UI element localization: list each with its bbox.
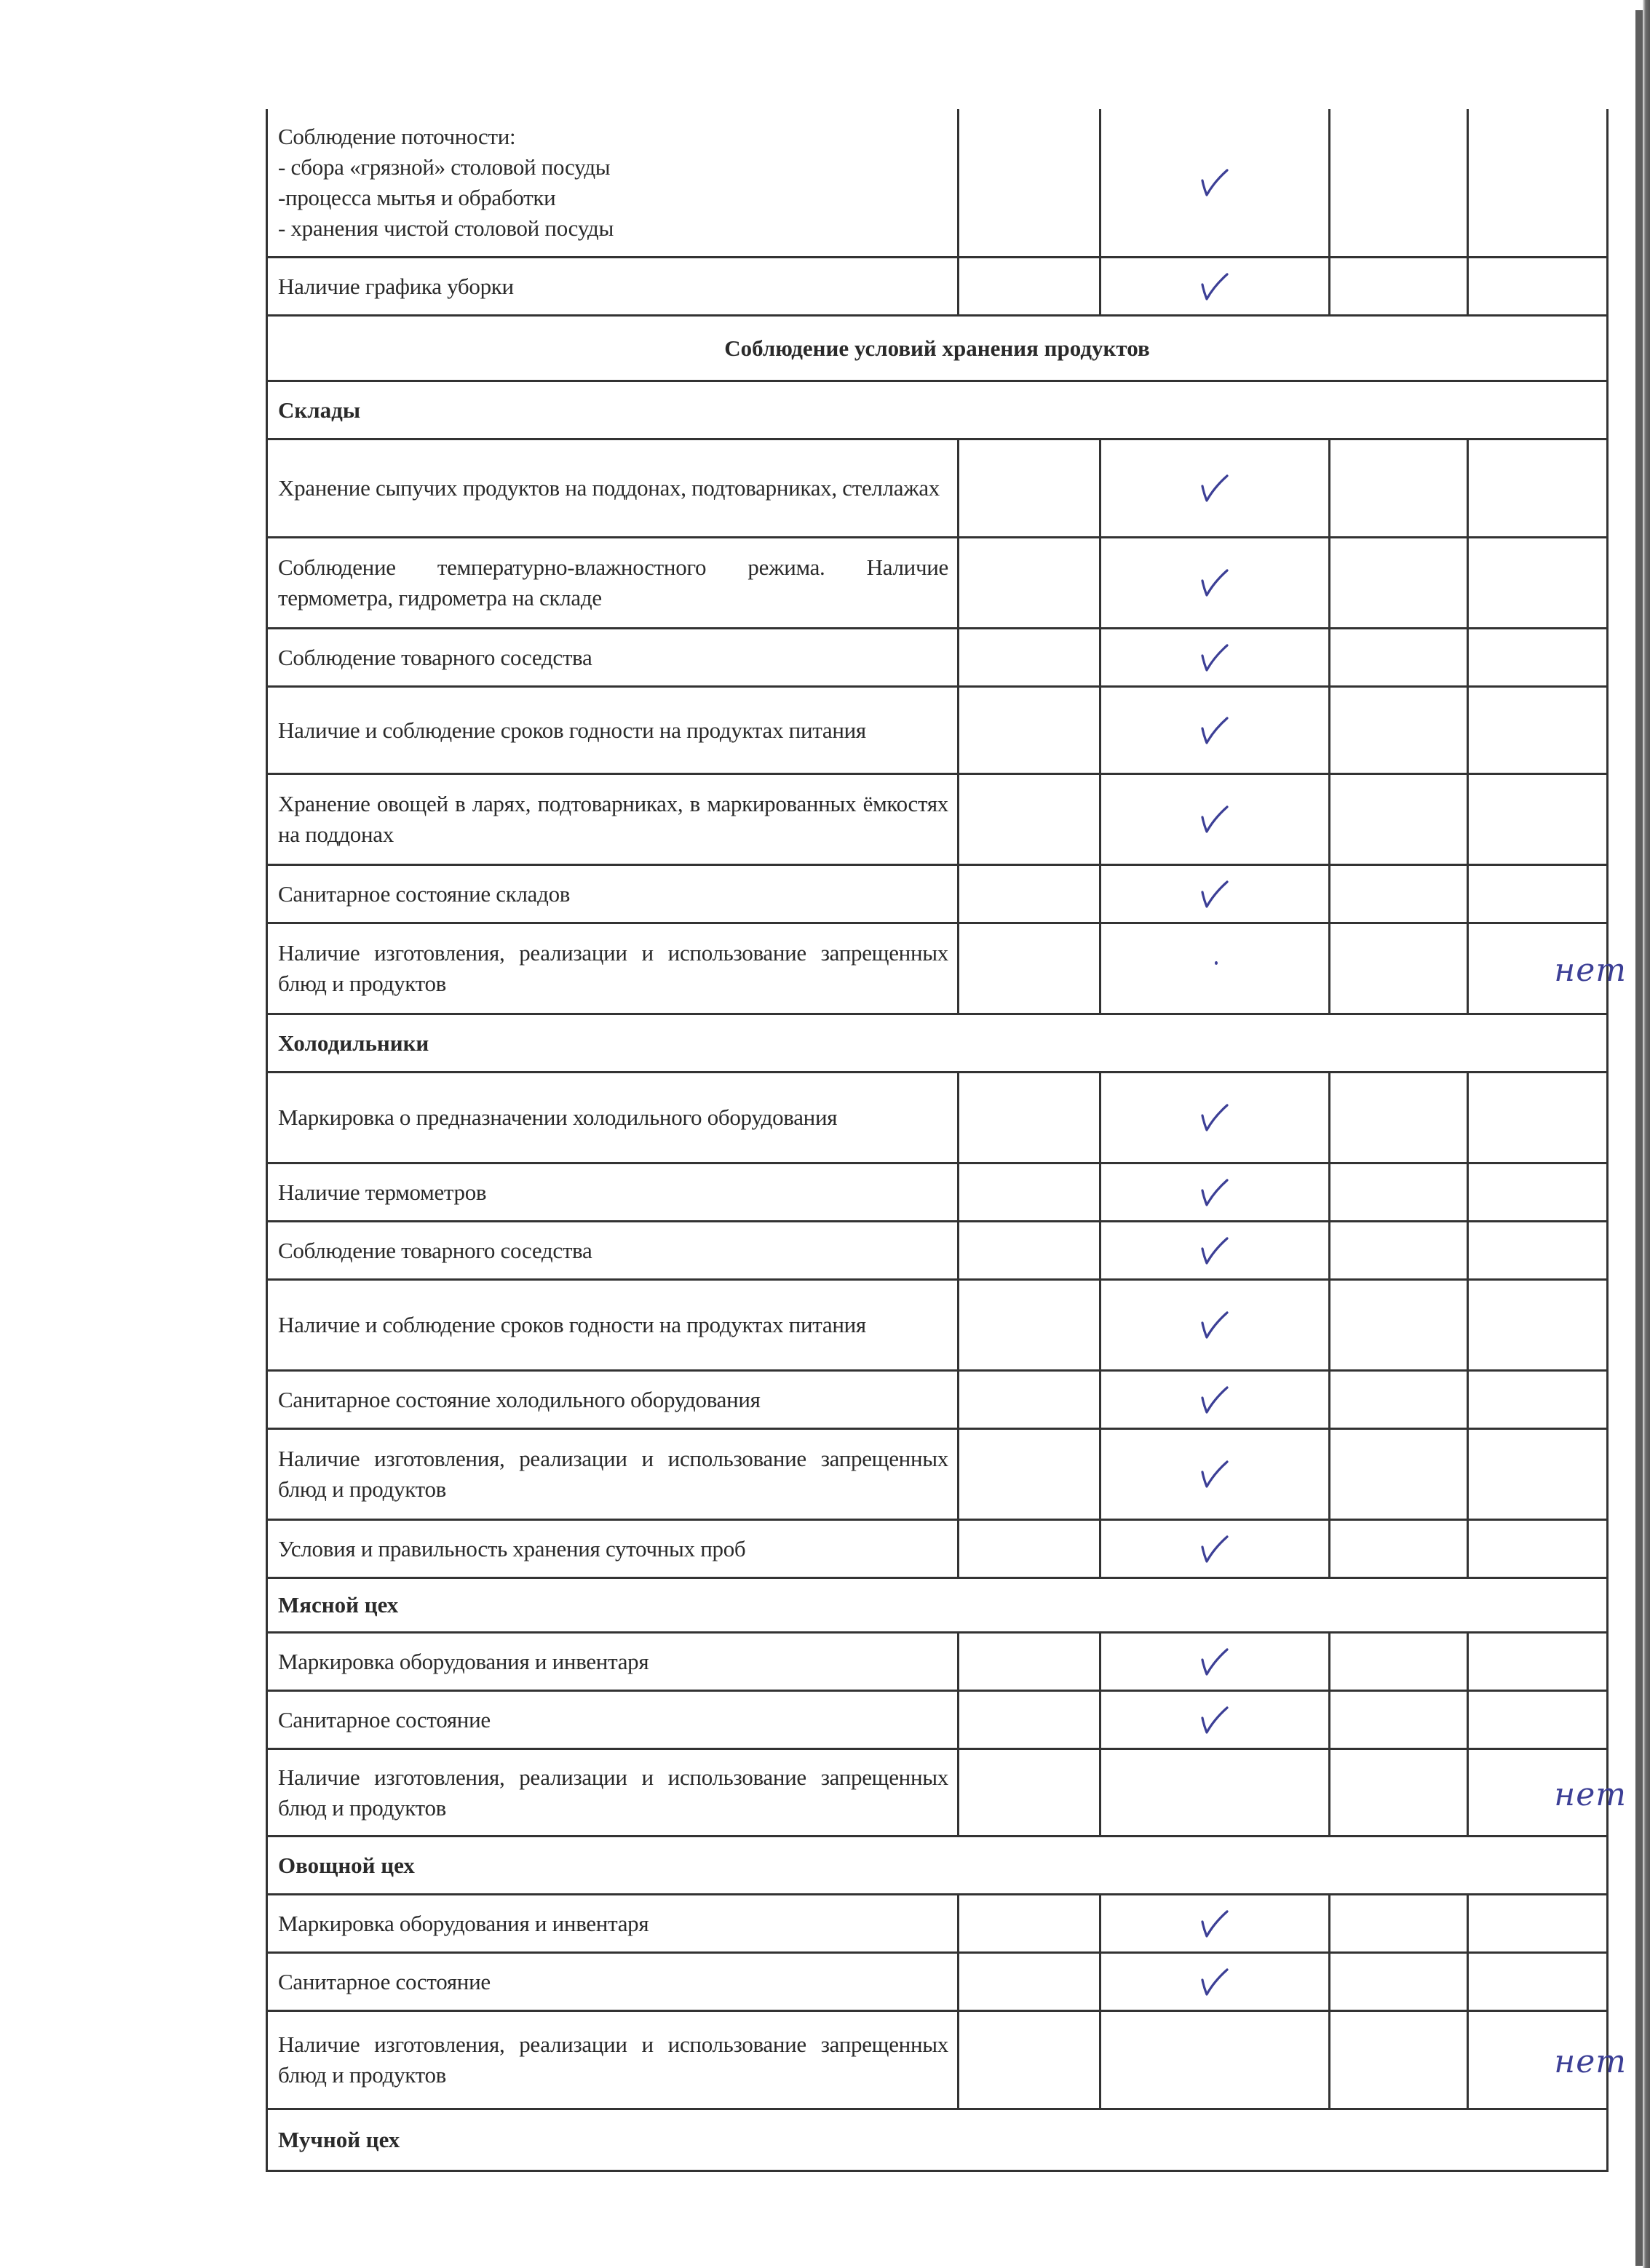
criterion-label: Соблюдение товарного соседства (278, 642, 948, 673)
assessment-cell-1[interactable] (957, 1895, 1099, 1951)
checklist-row: Наличие и соблюдение сроков годности на … (266, 688, 1609, 775)
assessment-cell-2[interactable] (1099, 1692, 1328, 1748)
assessment-cell-2[interactable] (1099, 440, 1328, 536)
handwritten-check (1198, 166, 1231, 199)
checkmark-icon (1198, 566, 1231, 600)
checkmark-icon (1198, 1101, 1231, 1134)
checkmark-icon (1198, 641, 1231, 675)
assessment-cell-3[interactable] (1328, 1634, 1467, 1690)
checklist-row: Маркировка о предназначении холодильного… (266, 1073, 1609, 1164)
handwritten-check (1198, 1383, 1231, 1417)
assessment-cell-1[interactable] (957, 109, 1099, 256)
group-header-row: Холодильники (266, 1015, 1609, 1073)
assessment-cell-2[interactable] (1099, 924, 1328, 1013)
handwritten-check (1198, 1703, 1231, 1737)
criterion-cell: Наличие термометров (266, 1164, 957, 1220)
checkmark-icon (1198, 471, 1231, 505)
criterion-cell: Наличие и соблюдение сроков годности на … (266, 1281, 957, 1369)
criterion-cell: Маркировка о предназначении холодильного… (266, 1073, 957, 1162)
assessment-cell-4[interactable] (1467, 629, 1609, 685)
handwritten-check (1198, 1532, 1231, 1566)
handwritten-check (1198, 1457, 1231, 1491)
checkmark-icon (1198, 1703, 1231, 1737)
criterion-label: Санитарное состояние холодильного оборуд… (278, 1385, 948, 1415)
assessment-cell-2[interactable] (1099, 1073, 1328, 1162)
assessment-cell-1[interactable] (957, 1692, 1099, 1748)
criterion-label: Маркировка о предназначении холодильного… (278, 1102, 948, 1133)
criterion-label: Наличие изготовления, реализации и испол… (278, 2029, 948, 2090)
criterion-cell: Санитарное состояние (266, 1954, 957, 2010)
handwritten-check (1198, 1308, 1231, 1342)
section-title: Соблюдение условий хранения продуктов (268, 335, 1606, 362)
criterion-label: Хранение овощей в ларях, подтоварниках, … (278, 789, 948, 850)
assessment-cell-4[interactable] (1467, 1281, 1609, 1369)
assessment-cell-2[interactable] (1099, 1895, 1328, 1951)
criterion-cell: Хранение сыпучих продуктов на поддонах, … (266, 440, 957, 536)
assessment-cell-3[interactable] (1328, 1281, 1467, 1369)
criterion-label: Соблюдение товарного соседства (278, 1236, 948, 1266)
ink-dot (1215, 961, 1218, 965)
scan-shadow (1635, 10, 1643, 2266)
checklist-row: Наличие термометров (266, 1164, 1609, 1222)
handwritten-note: нет (1554, 2046, 1627, 2080)
criterion-label: Наличие и соблюдение сроков годности на … (278, 715, 948, 746)
assessment-cell-3[interactable] (1328, 1073, 1467, 1162)
checklist-row: Санитарное состояние (266, 1692, 1609, 1750)
handwritten-check (1198, 714, 1231, 747)
assessment-cell-2[interactable] (1099, 2012, 1328, 2108)
checklist-row: Маркировка оборудования и инвентаря (266, 1634, 1609, 1692)
criterion-label: Соблюдение поточности: - сбора «грязной»… (278, 122, 948, 244)
handwritten-check (1198, 471, 1231, 505)
assessment-cell-4[interactable] (1467, 1073, 1609, 1162)
checkmark-icon (1198, 714, 1231, 747)
assessment-cell-4[interactable] (1467, 440, 1609, 536)
assessment-cell-4[interactable]: нет (1467, 924, 1609, 1013)
header-cell: Мясной цех (266, 1579, 1609, 1631)
checklist-row: Хранение овощей в ларях, подтоварниках, … (266, 775, 1609, 866)
assessment-cell-2[interactable] (1099, 1281, 1328, 1369)
checkmark-icon (1198, 1965, 1231, 1999)
assessment-cell-4[interactable] (1467, 1430, 1609, 1519)
group-header-row: Склады (266, 382, 1609, 440)
criterion-cell: Санитарное состояние складов (266, 866, 957, 922)
assessment-cell-1[interactable] (957, 538, 1099, 627)
assessment-cell-1[interactable] (957, 924, 1099, 1013)
assessment-cell-1[interactable] (957, 629, 1099, 685)
header-cell: Склады (266, 382, 1609, 438)
assessment-cell-1[interactable] (957, 1222, 1099, 1278)
assessment-cell-3[interactable] (1328, 1895, 1467, 1951)
assessment-cell-2[interactable] (1099, 629, 1328, 685)
criterion-label: Санитарное состояние (278, 1967, 948, 1997)
criterion-label: Условия и правильность хранения суточных… (278, 1534, 948, 1564)
checkmark-icon (1198, 1907, 1231, 1941)
assessment-cell-4[interactable] (1467, 1222, 1609, 1278)
checklist-row: Наличие изготовления, реализации и испол… (266, 1430, 1609, 1521)
handwritten-check (1198, 270, 1231, 303)
checklist-row: Наличие изготовления, реализации и испол… (266, 1750, 1609, 1837)
criterion-cell: Наличие изготовления, реализации и испол… (266, 1430, 957, 1519)
criterion-label: Санитарное состояние (278, 1705, 948, 1735)
criterion-cell: Санитарное состояние (266, 1692, 957, 1748)
assessment-cell-2[interactable] (1099, 1521, 1328, 1577)
group-header-row: Мучной цех (266, 2110, 1609, 2172)
checkmark-icon (1198, 1383, 1231, 1417)
checkmark-icon (1198, 270, 1231, 303)
header-cell: Соблюдение условий хранения продуктов (266, 317, 1609, 380)
checklist-row: Маркировка оборудования и инвентаря (266, 1895, 1609, 1954)
handwritten-check (1198, 641, 1231, 675)
criterion-cell: Маркировка оборудования и инвентаря (266, 1634, 957, 1690)
criterion-cell: Хранение овощей в ларях, подтоварниках, … (266, 775, 957, 864)
group-title: Мучной цех (278, 2127, 400, 2153)
header-cell: Овощной цех (266, 1837, 1609, 1893)
handwritten-check (1198, 803, 1231, 836)
criterion-label: Наличие изготовления, реализации и испол… (278, 938, 948, 999)
assessment-cell-4[interactable] (1467, 688, 1609, 773)
assessment-cell-2[interactable] (1099, 538, 1328, 627)
assessment-cell-3[interactable] (1328, 2012, 1467, 2108)
checkmark-icon (1198, 1645, 1231, 1679)
checklist-row: Хранение сыпучих продуктов на поддонах, … (266, 440, 1609, 538)
handwritten-check (1198, 1234, 1231, 1268)
assessment-cell-4[interactable] (1467, 1164, 1609, 1220)
criterion-cell: Условия и правильность хранения суточных… (266, 1521, 957, 1577)
assessment-cell-3[interactable] (1328, 924, 1467, 1013)
criterion-cell: Санитарное состояние холодильного оборуд… (266, 1372, 957, 1428)
checklist-row: Санитарное состояние холодильного оборуд… (266, 1372, 1609, 1430)
assessment-cell-3[interactable] (1328, 258, 1467, 314)
checkmark-icon (1198, 1532, 1231, 1566)
group-title: Мясной цех (278, 1592, 398, 1618)
section-header-row: Соблюдение условий хранения продуктов (266, 317, 1609, 382)
handwritten-note: нет (1554, 955, 1627, 989)
assessment-cell-2[interactable] (1099, 109, 1328, 256)
assessment-cell-3[interactable] (1328, 688, 1467, 773)
assessment-cell-2[interactable] (1099, 775, 1328, 864)
criterion-label: Наличие графика уборки (278, 271, 948, 302)
handwritten-check (1198, 1907, 1231, 1941)
handwritten-check (1198, 878, 1231, 911)
criterion-label: Маркировка оборудования и инвентаря (278, 1647, 948, 1677)
assessment-cell-4[interactable] (1467, 866, 1609, 922)
assessment-cell-2[interactable] (1099, 258, 1328, 314)
group-title: Холодильники (278, 1030, 429, 1057)
assessment-cell-4[interactable]: нет (1467, 1750, 1609, 1835)
criterion-cell: Соблюдение поточности: - сбора «грязной»… (266, 109, 957, 256)
handwritten-check (1198, 1101, 1231, 1134)
assessment-cell-3[interactable] (1328, 1692, 1467, 1748)
scan-edge (1643, 0, 1650, 2268)
assessment-cell-3[interactable] (1328, 440, 1467, 536)
assessment-cell-2[interactable] (1099, 1164, 1328, 1220)
assessment-cell-2[interactable] (1099, 866, 1328, 922)
group-title: Овощной цех (278, 1853, 415, 1879)
assessment-cell-4[interactable] (1467, 1692, 1609, 1748)
assessment-cell-4[interactable] (1467, 109, 1609, 256)
assessment-cell-3[interactable] (1328, 866, 1467, 922)
assessment-cell-1[interactable] (957, 1954, 1099, 2010)
assessment-cell-3[interactable] (1328, 1222, 1467, 1278)
assessment-cell-1[interactable] (957, 1281, 1099, 1369)
criterion-cell: Наличие изготовления, реализации и испол… (266, 1750, 957, 1835)
group-header-row: Мясной цех (266, 1579, 1609, 1634)
assessment-cell-3[interactable] (1328, 109, 1467, 256)
checkmark-icon (1198, 878, 1231, 911)
assessment-cell-3[interactable] (1328, 1954, 1467, 2010)
assessment-cell-3[interactable] (1328, 1164, 1467, 1220)
assessment-cell-4[interactable] (1467, 538, 1609, 627)
assessment-cell-1[interactable] (957, 1634, 1099, 1690)
assessment-cell-3[interactable] (1328, 1372, 1467, 1428)
checkmark-icon (1198, 166, 1231, 199)
criterion-cell: Наличие графика уборки (266, 258, 957, 314)
assessment-cell-1[interactable] (957, 1521, 1099, 1577)
assessment-cell-4[interactable] (1467, 775, 1609, 864)
criterion-label: Наличие изготовления, реализации и испол… (278, 1444, 948, 1505)
assessment-cell-2[interactable] (1099, 1750, 1328, 1835)
assessment-cell-2[interactable] (1099, 1430, 1328, 1519)
assessment-cell-2[interactable] (1099, 1954, 1328, 2010)
assessment-cell-4[interactable] (1467, 1634, 1609, 1690)
criterion-label: Наличие и соблюдение сроков годности на … (278, 1310, 948, 1340)
assessment-cell-1[interactable] (957, 1372, 1099, 1428)
criterion-cell: Наличие и соблюдение сроков годности на … (266, 688, 957, 773)
group-header-row: Овощной цех (266, 1837, 1609, 1895)
handwritten-check (1198, 1965, 1231, 1999)
assessment-cell-2[interactable] (1099, 1372, 1328, 1428)
criterion-label: Наличие термометров (278, 1177, 948, 1208)
assessment-cell-1[interactable] (957, 440, 1099, 536)
assessment-cell-1[interactable] (957, 1430, 1099, 1519)
assessment-cell-1[interactable] (957, 1750, 1099, 1835)
criterion-cell: Наличие изготовления, реализации и испол… (266, 924, 957, 1013)
checkmark-icon (1198, 1308, 1231, 1342)
assessment-cell-4[interactable] (1467, 1954, 1609, 2010)
checkmark-icon (1198, 1176, 1231, 1209)
assessment-cell-1[interactable] (957, 866, 1099, 922)
assessment-cell-1[interactable] (957, 2012, 1099, 2108)
assessment-cell-2[interactable] (1099, 688, 1328, 773)
criterion-label: Соблюдение температурно-влажностного реж… (278, 552, 948, 613)
checklist-row: Наличие графика уборки (266, 258, 1609, 317)
assessment-cell-3[interactable] (1328, 629, 1467, 685)
assessment-cell-1[interactable] (957, 1073, 1099, 1162)
criterion-cell: Маркировка оборудования и инвентаря (266, 1895, 957, 1951)
checklist-row: Наличие изготовления, реализации и испол… (266, 924, 1609, 1015)
criterion-cell: Наличие изготовления, реализации и испол… (266, 2012, 957, 2108)
checkmark-icon (1198, 1234, 1231, 1268)
assessment-cell-3[interactable] (1328, 1430, 1467, 1519)
header-cell: Холодильники (266, 1015, 1609, 1071)
assessment-cell-1[interactable] (957, 775, 1099, 864)
checklist-row: Условия и правильность хранения суточных… (266, 1521, 1609, 1579)
group-title: Склады (278, 397, 360, 423)
inspection-checklist-table: Соблюдение поточности: - сбора «грязной»… (266, 0, 1609, 2183)
checklist-row: Соблюдение температурно-влажностного реж… (266, 538, 1609, 629)
assessment-cell-3[interactable] (1328, 538, 1467, 627)
checklist-row: Соблюдение товарного соседства (266, 629, 1609, 688)
handwritten-check (1198, 1176, 1231, 1209)
assessment-cell-3[interactable] (1328, 1521, 1467, 1577)
criterion-label: Санитарное состояние складов (278, 879, 948, 910)
checklist-row: Санитарное состояние складов (266, 866, 1609, 924)
checklist-row: Соблюдение товарного соседства (266, 1222, 1609, 1281)
checkmark-icon (1198, 1457, 1231, 1491)
criterion-cell: Соблюдение товарного соседства (266, 629, 957, 685)
assessment-cell-3[interactable] (1328, 775, 1467, 864)
header-cell: Мучной цех (266, 2110, 1609, 2170)
criterion-cell: Соблюдение товарного соседства (266, 1222, 957, 1278)
assessment-cell-2[interactable] (1099, 1222, 1328, 1278)
checklist-row: Наличие изготовления, реализации и испол… (266, 2012, 1609, 2110)
assessment-cell-1[interactable] (957, 258, 1099, 314)
criterion-cell: Соблюдение температурно-влажностного реж… (266, 538, 957, 627)
assessment-cell-1[interactable] (957, 1164, 1099, 1220)
assessment-cell-4[interactable] (1467, 1372, 1609, 1428)
assessment-cell-4[interactable]: нет (1467, 2012, 1609, 2108)
assessment-cell-4[interactable] (1467, 258, 1609, 314)
checklist-row: Санитарное состояние (266, 1954, 1609, 2012)
assessment-cell-3[interactable] (1328, 1750, 1467, 1835)
criterion-label: Наличие изготовления, реализации и испол… (278, 1762, 948, 1823)
checkmark-icon (1198, 803, 1231, 836)
handwritten-note: нет (1554, 1779, 1627, 1813)
criterion-label: Хранение сыпучих продуктов на поддонах, … (278, 473, 948, 504)
assessment-cell-2[interactable] (1099, 1634, 1328, 1690)
assessment-cell-4[interactable] (1467, 1895, 1609, 1951)
criterion-label: Маркировка оборудования и инвентаря (278, 1909, 948, 1939)
checklist-row: Соблюдение поточности: - сбора «грязной»… (266, 109, 1609, 258)
assessment-cell-4[interactable] (1467, 1521, 1609, 1577)
assessment-cell-1[interactable] (957, 688, 1099, 773)
handwritten-check (1198, 566, 1231, 600)
handwritten-check (1198, 1645, 1231, 1679)
checklist-row: Наличие и соблюдение сроков годности на … (266, 1281, 1609, 1372)
